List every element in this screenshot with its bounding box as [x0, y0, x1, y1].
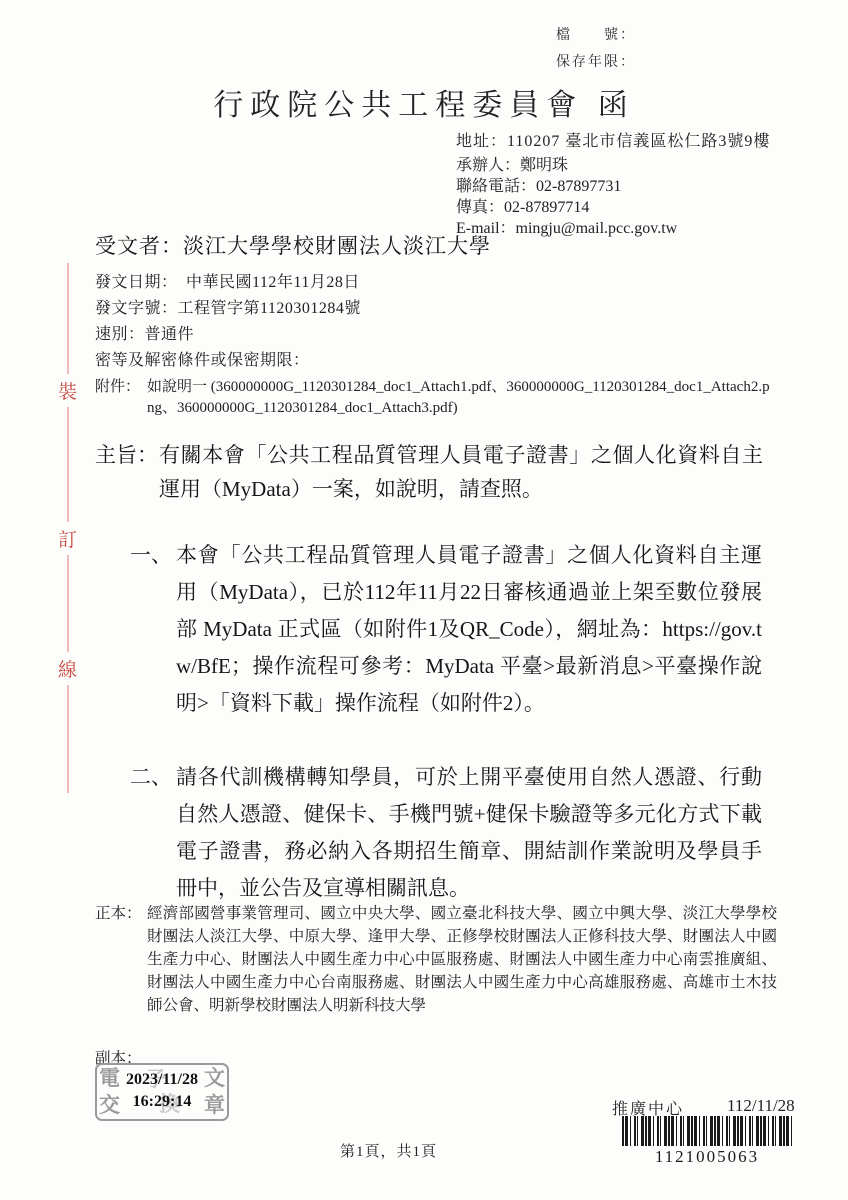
barcode-number: 1121005063	[622, 1147, 792, 1167]
retention-period-label: 保存年限：	[556, 49, 636, 76]
sender-info-block: 地址：110207 臺北市信義區松仁路3號9樓 承辦人：鄭明珠 聯絡電話：02-…	[456, 131, 770, 239]
attachment-filenames: 如說明一 (360000000G_1120301284_doc1_Attach1…	[147, 377, 775, 419]
sender-phone: 聯絡電話：02-87897731	[456, 176, 770, 197]
binding-char-xian: 線	[58, 652, 77, 685]
paragraph-number: 一、	[130, 537, 176, 722]
attachment-line: 附件： 如說明一 (360000000G_1120301284_doc1_Att…	[95, 377, 775, 419]
barcode	[622, 1116, 792, 1146]
original-copies-list: 經濟部國營事業管理司、國立中央大學、國立臺北科技大學、國立中興大學、淡江大學學校…	[147, 902, 777, 1017]
document-meta-block: 發文日期： 中華民國112年11月28日 發文字號：工程管字第112030128…	[95, 270, 775, 419]
file-number-label: 檔 號：	[556, 22, 636, 49]
page-number: 第1頁，共1頁	[340, 1140, 437, 1161]
issue-date-line: 發文日期： 中華民國112年11月28日	[95, 270, 775, 296]
binding-char-zhuang: 裝	[58, 374, 77, 407]
original-copies-block: 正本： 經濟部國營事業管理司、國立中央大學、國立臺北科技大學、國立中興大學、淡江…	[95, 902, 777, 1017]
file-number-block: 檔 號： 保存年限：	[556, 22, 636, 76]
sender-email: E-mail：mingju@mail.pcc.gov.tw	[456, 218, 770, 239]
body-paragraph-1: 一、 本會「公共工程品質管理人員電子證書」之個人化資料自主運用（MyData），…	[130, 537, 762, 722]
subject-block: 主旨： 有關本會「公共工程品質管理人員電子證書」之個人化資料自主運用（MyDat…	[95, 438, 763, 506]
original-copies-label: 正本：	[95, 902, 147, 1017]
sender-contact-person: 承辦人：鄭明珠	[456, 155, 770, 176]
stamp-time: 16:29:14	[97, 1093, 227, 1111]
footer-date: 112/11/28	[727, 1096, 795, 1116]
attachment-label: 附件：	[95, 377, 147, 419]
paragraph-number: 二、	[130, 759, 176, 907]
binding-char-ding: 訂	[58, 522, 77, 555]
electronic-exchange-stamp: 電 文 交 章 子 換 2023/11/28 16:29:14	[95, 1063, 229, 1121]
paragraph-text: 本會「公共工程品質管理人員電子證書」之個人化資料自主運用（MyData），已於1…	[176, 537, 762, 722]
security-line: 密等及解密條件或保密期限：	[95, 348, 775, 374]
speed-line: 速別：普通件	[95, 322, 775, 348]
document-title: 行政院公共工程委員會 函	[0, 80, 848, 124]
subject-label: 主旨：	[95, 438, 159, 506]
sender-fax: 傳真：02-87897714	[456, 197, 770, 218]
doc-number-line: 發文字號：工程管字第1120301284號	[95, 296, 775, 322]
stamp-date: 2023/11/28	[97, 1071, 227, 1089]
subject-text: 有關本會「公共工程品質管理人員電子證書」之個人化資料自主運用（MyData）一案…	[159, 438, 763, 506]
official-letter-page: 檔 號： 保存年限： 行政院公共工程委員會 函 地址：110207 臺北市信義區…	[0, 0, 848, 1200]
recipient-line: 受文者：淡江大學學校財團法人淡江大學	[95, 230, 491, 260]
body-paragraph-2: 二、 請各代訓機構轉知學員，可於上開平臺使用自然人憑證、行動自然人憑證、健保卡、…	[130, 759, 762, 907]
paragraph-text: 請各代訓機構轉知學員，可於上開平臺使用自然人憑證、行動自然人憑證、健保卡、手機門…	[176, 759, 762, 907]
sender-address: 地址：110207 臺北市信義區松仁路3號9樓	[456, 131, 770, 152]
